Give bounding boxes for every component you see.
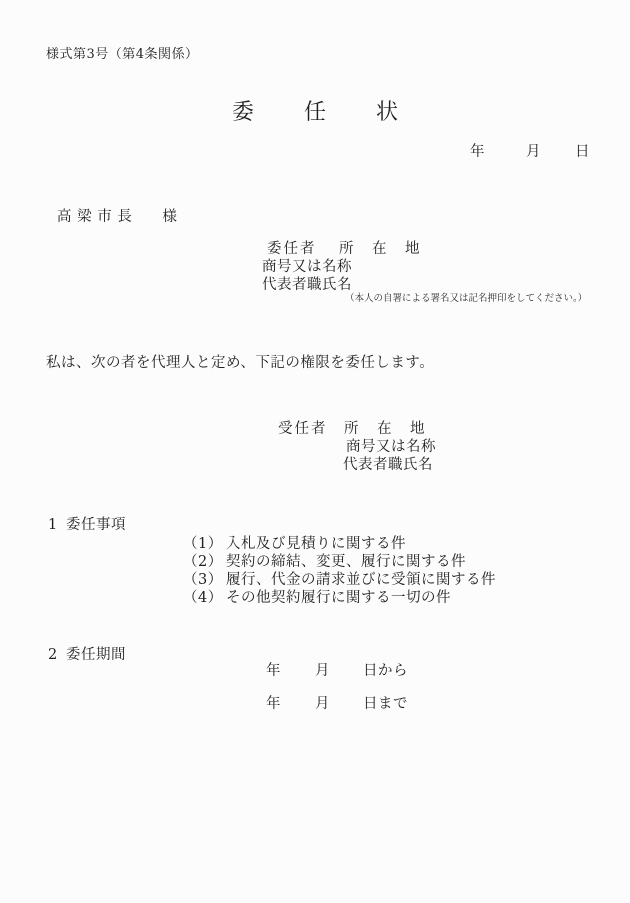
delegation-item-number: （1） xyxy=(183,535,223,553)
delegation-item-number: （2） xyxy=(183,553,223,571)
document-page: 様式第3号（第4条関係） 委 任 状 年 月 日 高 梁 市 長 様 委任者 所… xyxy=(0,0,630,903)
delegatee-representative-label: 代表者職氏名 xyxy=(343,456,433,474)
period-to-day-label: 日まで xyxy=(363,695,408,713)
section1-heading: 委任事項 xyxy=(66,516,126,534)
declaration-sentence: 私は、次の者を代理人と定め、下記の権限を委任します。 xyxy=(46,354,434,372)
delegator-company-label: 商号又は名称 xyxy=(262,258,352,276)
signature-note: （本人の自署による署名又は記名押印をしてください。） xyxy=(345,293,587,305)
delegation-item-number: （4） xyxy=(183,589,223,607)
delegatee-company-label: 商号又は名称 xyxy=(346,438,436,456)
delegator-role-label: 委任者 xyxy=(267,240,317,258)
header-date-day-label: 日 xyxy=(575,143,590,161)
delegator-address-label: 所 在 地 xyxy=(339,240,422,258)
header-date-month-label: 月 xyxy=(526,143,541,161)
document-title: 委 任 状 xyxy=(232,99,412,127)
header-date-year-label: 年 xyxy=(470,143,485,161)
period-to-year-label: 年 xyxy=(266,695,281,713)
section2-number: 2 xyxy=(48,646,58,664)
delegation-item-number: （3） xyxy=(183,571,223,589)
period-from-year-label: 年 xyxy=(266,662,281,680)
period-from-month-label: 月 xyxy=(315,662,330,680)
delegatee-address-label: 所 在 地 xyxy=(344,420,427,438)
delegator-representative-label: 代表者職氏名 xyxy=(262,276,352,294)
section2-heading: 委任期間 xyxy=(66,646,126,664)
form-number: 様式第3号（第4条関係） xyxy=(46,47,199,63)
delegation-item-text: 入札及び見積りに関する件 xyxy=(226,535,406,553)
addressee: 高 梁 市 長 様 xyxy=(57,208,177,226)
delegation-item-text: 履行、代金の請求並びに受領に関する件 xyxy=(226,571,496,589)
period-to-month-label: 月 xyxy=(315,695,330,713)
period-from-day-label: 日から xyxy=(363,662,408,680)
delegation-item-text: その他契約履行に関する一切の件 xyxy=(226,589,451,607)
delegatee-role-label: 受任者 xyxy=(278,420,328,438)
section1-number: 1 xyxy=(48,516,58,534)
delegation-item-text: 契約の締結、変更、履行に関する件 xyxy=(226,553,466,571)
